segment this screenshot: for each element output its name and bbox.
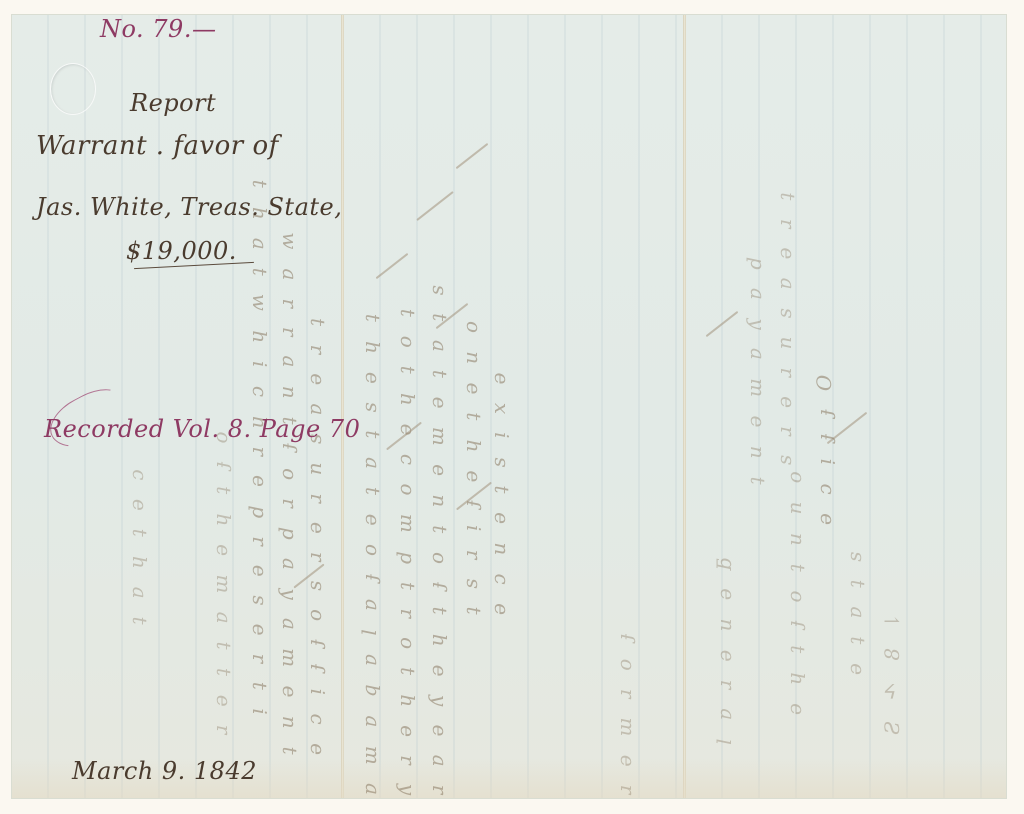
bleed-through-column: ǝ ɥ ʇ ɟ o ʇ u n o [782, 415, 806, 715]
document-date: March 9. 1842 [72, 757, 257, 785]
bleed-through-column: Ƨ ᔭ 8 ⇂ [880, 575, 904, 735]
bleed-through-column: ʇ u ǝ ɯ ɐ ʎ ɐ d [742, 165, 766, 485]
bleed-through-column: ǝ ɔ ᴉ ɟ ɟ O [812, 265, 836, 525]
bleed-through-column: ɹ ǝ ʇ ʇ ɐ ɯ ǝ ɥ ʇ ɟ o [208, 275, 232, 735]
docket-number: No. 79.— [100, 15, 216, 43]
fold-line-right [683, 15, 686, 798]
bleed-through-column: ɹ ǝ ɯ ɹ o ɟ [612, 495, 636, 795]
fold-line-left [341, 15, 344, 798]
bleed-through-column: l ɐ ɹ ǝ u ǝ ƃ [712, 385, 736, 745]
embossed-seal-icon [50, 63, 96, 115]
bleed-through-column: s ɹ ǝ ɹ n s ɐ ǝ ɹ ʇ [772, 105, 796, 465]
document-sheet: ᴉ ʇ ɹ ǝ s ǝ ɹ d ǝ ɹ ɥ ɔ ᴉ ɥ ʍ ʇ ɐ ɥ ʇ ɹ … [12, 15, 1006, 798]
bleed-through-column: ɐ ɯ ɐ q ɐ l ɐ ɟ o ǝ ʇ ɐ ʇ s ǝ ɥ ʇ [357, 55, 381, 795]
docket-payee-line: Jas. White, Treas. State, [36, 193, 342, 221]
bleed-through-column: ɹ ɐ ǝ ʎ ǝ ɥ ʇ ɟ o ʇ u ǝ ɯ ǝ ʇ ɐ ʇ s [424, 55, 448, 795]
bleed-through-column: ǝ ɔ u ǝ ʇ s ᴉ x ǝ [486, 55, 510, 615]
docket-warrant-line: Warrant . favor of [36, 131, 279, 161]
bleed-through-column: ǝ ʇ ɐ ʇ s [842, 415, 866, 675]
bleed-through-column: ǝ ɔ ᴉ ɟ ɟ o s ɹ ǝ ɹ n s ɐ ǝ ɹ ʇ [302, 55, 326, 755]
recorded-annotation: Recorded Vol. 8. Page 70 [44, 415, 360, 443]
bleed-through-column: ʎ ɹ ǝ ɥ ʇ o ɹ ʇ d ɯ o ɔ ǝ ɥ ʇ o ʇ [392, 55, 416, 795]
docket-amount: $19,000. [126, 237, 237, 265]
docket-title: Report [130, 89, 216, 117]
bleed-through-column: ʇ ɐ ɥ ʇ ǝ ɔ [124, 265, 148, 625]
bleed-through-column: ʇ s ɹ ᴉ ɟ ǝ ɥ ʇ ǝ u o [458, 55, 482, 615]
bleed-through-column: ᴉ ʇ ɹ ǝ s ǝ ɹ d ǝ ɹ ɥ ɔ ᴉ ɥ ʍ ʇ ɐ ɥ ʇ [244, 75, 268, 715]
